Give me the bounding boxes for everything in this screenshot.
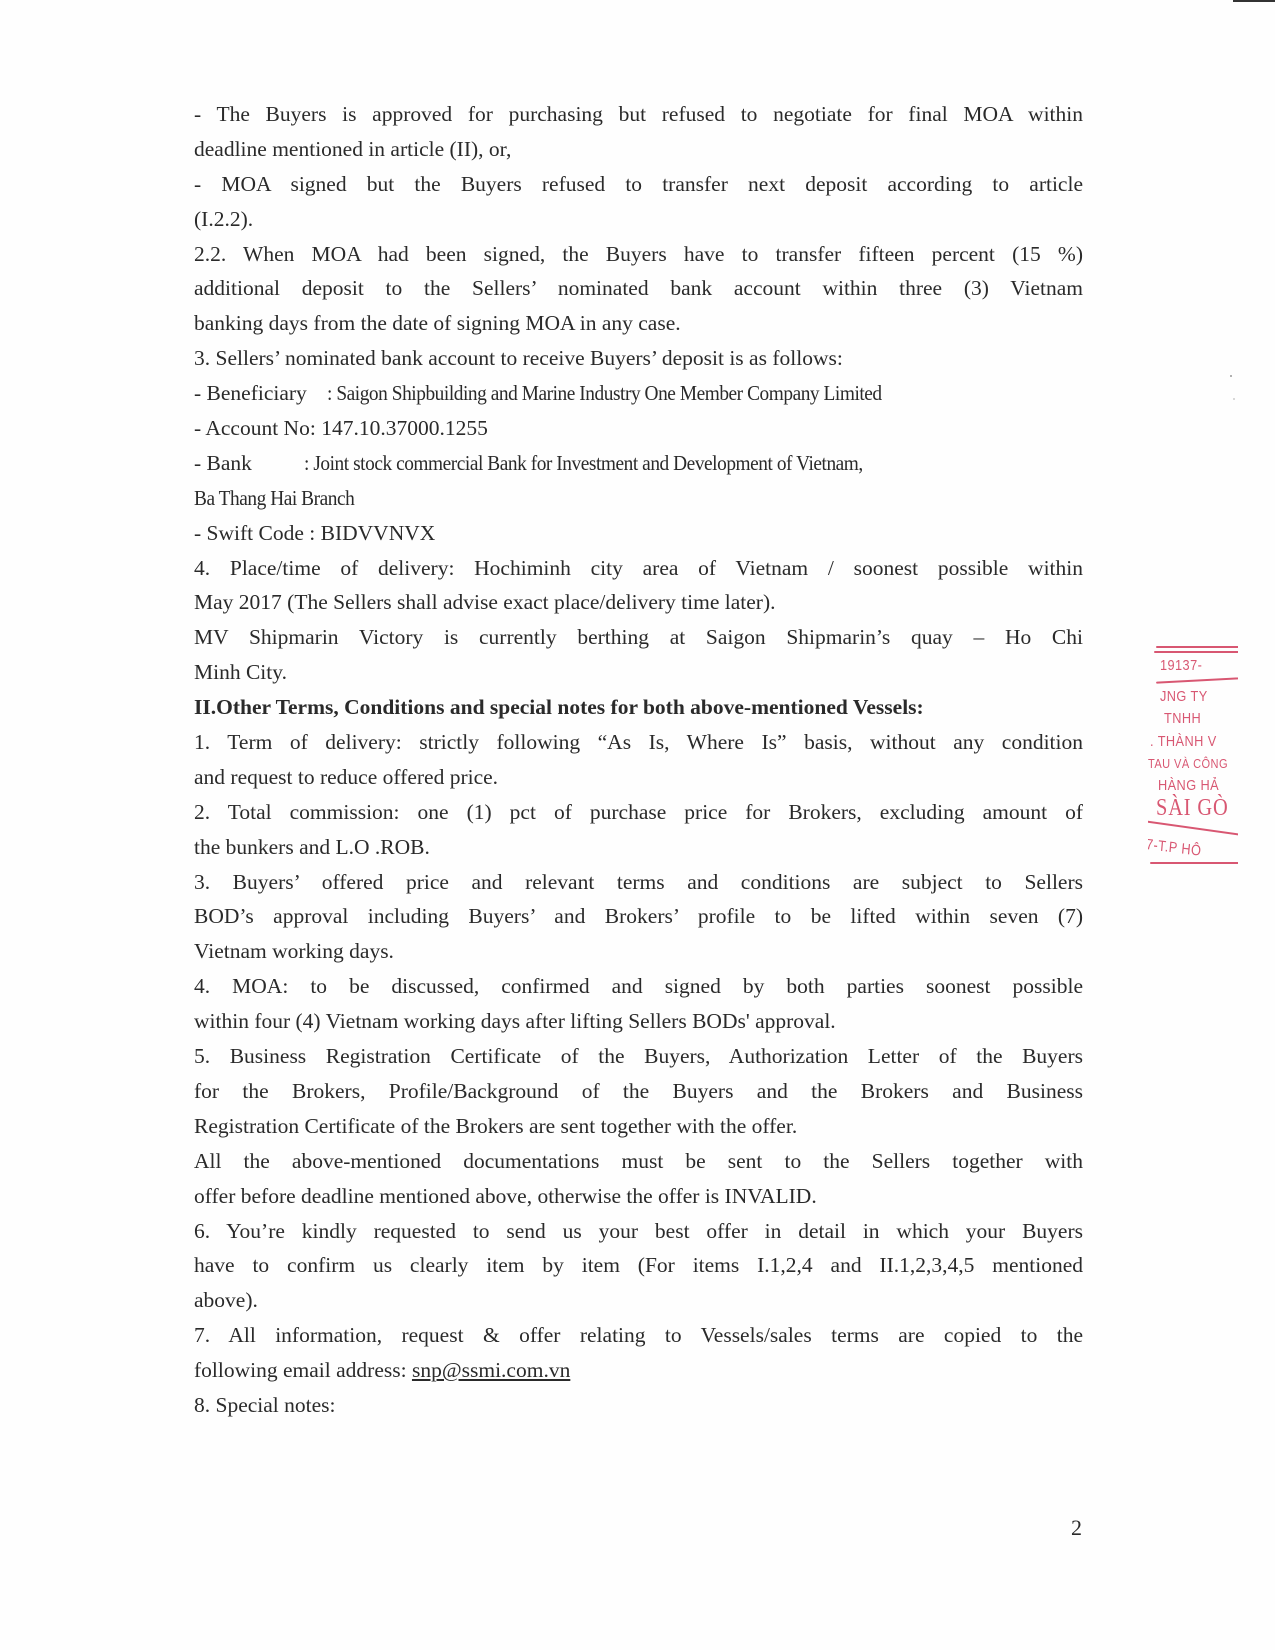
stamp-text: 19137- — [1160, 657, 1202, 674]
bank-name-row: - Bank: Joint stock commercial Bank for … — [194, 446, 1083, 481]
paragraph-line: - The Buyers is approved for purchasing … — [194, 97, 1083, 132]
term-line: 6. You’re kindly requested to send us yo… — [194, 1214, 1083, 1249]
term-line: 2. Total commission: one (1) pct of purc… — [194, 795, 1083, 830]
bank-account-row: - Account No: 147.10.37000.1255 — [194, 411, 1083, 446]
account-number: 147.10.37000.1255 — [321, 416, 488, 440]
document-body: - The Buyers is approved for purchasing … — [194, 97, 1083, 1423]
beneficiary-label: - Beneficiary — [194, 376, 307, 411]
term-line: 4. MOA: to be discussed, confirmed and s… — [194, 969, 1083, 1004]
term-line: and request to reduce offered price. — [194, 760, 1083, 795]
term-line: 1. Term of delivery: strictly following … — [194, 725, 1083, 760]
bank-branch-row: Ba Thang Hai Branch — [194, 481, 1083, 516]
special-notes-line: 8. Special notes: — [194, 1388, 1083, 1423]
term-line: the bunkers and L.O .ROB. — [194, 830, 1083, 865]
stamp-ring — [1156, 646, 1238, 648]
term-line: BOD’s approval including Buyers’ and Bro… — [194, 899, 1083, 934]
paragraph-line: additional deposit to the Sellers’ nomin… — [194, 271, 1083, 306]
term-line: 5. Business Registration Certificate of … — [194, 1039, 1083, 1074]
stamp-text: TAU VÀ CÔNG — [1148, 756, 1228, 771]
stamp-ring — [1150, 862, 1238, 864]
bank-branch: Ba Thang Hai Branch — [194, 481, 354, 516]
stamp-text: HÀNG HẢ — [1158, 777, 1219, 794]
term-line: for the Brokers, Profile/Background of t… — [194, 1074, 1083, 1109]
section-heading-other-terms: II.Other Terms, Conditions and special n… — [194, 690, 1083, 725]
term-line: 3. Buyers’ offered price and relevant te… — [194, 865, 1083, 900]
account-label: - Account No: — [194, 416, 316, 440]
stamp-ring — [1154, 651, 1238, 653]
paragraph-line: (I.2.2). — [194, 202, 1083, 237]
stamp-text: TNHH — [1164, 710, 1201, 727]
paragraph-line: - MOA signed but the Buyers refused to t… — [194, 167, 1083, 202]
stamp-text: JNG TY — [1160, 688, 1208, 705]
stamp-text: SÀI GÒ — [1156, 795, 1229, 822]
paragraph-line: banking days from the date of signing MO… — [194, 306, 1083, 341]
delivery-line: 4. Place/time of delivery: Hochiminh cit… — [194, 551, 1083, 586]
company-seal-stamp: 19137- JNG TY TNHH . THÀNH V TAU VÀ CÔNG… — [1148, 640, 1238, 880]
paragraph-line: deadline mentioned in article (II), or, — [194, 132, 1083, 167]
paragraph-line: 3. Sellers’ nominated bank account to re… — [194, 341, 1083, 376]
swift-code: BIDVVNVX — [321, 521, 436, 545]
stamp-ring — [1156, 674, 1238, 683]
bank-swift-row: - Swift Code : BIDVVNVX — [194, 516, 1083, 551]
delivery-line: MV Shipmarin Victory is currently berthi… — [194, 620, 1083, 655]
term-line: Registration Certificate of the Brokers … — [194, 1109, 1083, 1144]
delivery-line: Minh City. — [194, 655, 1083, 690]
swift-label: - Swift Code : — [194, 521, 315, 545]
delivery-line: May 2017 (The Sellers shall advise exact… — [194, 585, 1083, 620]
bank-beneficiary-row: - Beneficiary: Saigon Shipbuilding and M… — [194, 376, 1083, 411]
term-line: offer before deadline mentioned above, o… — [194, 1179, 1083, 1214]
term-line: 7. All information, request & offer rela… — [194, 1318, 1083, 1353]
term-line: have to confirm us clearly item by item … — [194, 1248, 1083, 1283]
term-line: within four (4) Vietnam working days aft… — [194, 1004, 1083, 1039]
email-line: following email address: snp@ssmi.com.vn — [194, 1353, 1083, 1388]
term-line: All the above-mentioned documentations m… — [194, 1144, 1083, 1179]
stamp-text: 7-T.P HÔ — [1148, 836, 1202, 860]
term-line: Vietnam working days. — [194, 934, 1083, 969]
page-number: 2 — [1071, 1515, 1082, 1541]
scan-speck — [1233, 398, 1235, 400]
document-page: - The Buyers is approved for purchasing … — [0, 0, 1275, 1650]
term-line: above). — [194, 1283, 1083, 1318]
beneficiary-value: : Saigon Shipbuilding and Marine Industr… — [327, 376, 882, 411]
scan-speck — [1230, 375, 1232, 377]
scan-edge-mark — [1233, 0, 1275, 2]
bank-name-value: : Joint stock commercial Bank for Invest… — [304, 446, 863, 481]
bank-label: - Bank — [194, 446, 304, 481]
stamp-text: . THÀNH V — [1150, 733, 1217, 750]
email-line-prefix: following email address: — [194, 1358, 412, 1382]
paragraph-line: 2.2. When MOA had been signed, the Buyer… — [194, 237, 1083, 272]
email-link[interactable]: snp@ssmi.com.vn — [412, 1358, 570, 1382]
